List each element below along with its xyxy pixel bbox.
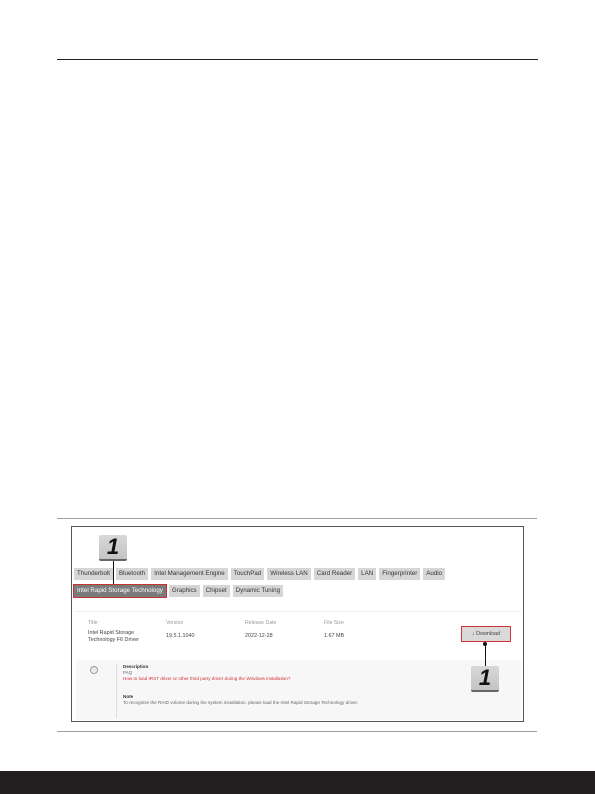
note-text: To recognize the RAID volume during the …	[123, 700, 358, 706]
tab-intel-rapid-storage-technology[interactable]: Intel Rapid Storage Technology	[74, 585, 166, 597]
version-header: Version	[166, 620, 246, 626]
file-size-header: File Size	[324, 620, 404, 626]
tab-graphics[interactable]: Graphics	[169, 585, 200, 597]
tab-touchpad[interactable]: TouchPad	[231, 568, 265, 580]
release-date-header: Release Date	[245, 620, 325, 626]
driver-title: Intel Rapid StorageTechnology F6 Driver	[88, 630, 168, 644]
category-tabs-row1: ThunderboltBluetoothIntel Management Eng…	[74, 568, 445, 580]
details-text: Description FAQ How to load IRST driver …	[123, 664, 358, 706]
tab-card-reader[interactable]: Card Reader	[314, 568, 355, 580]
driver-card: Title Intel Rapid StorageTechnology F6 D…	[76, 611, 521, 720]
header-rule	[57, 59, 538, 60]
tab-chipset[interactable]: Chipset	[203, 585, 230, 597]
callout-badge-download: 1	[471, 666, 499, 692]
tab-intel-management-engine[interactable]: Intel Management Engine	[151, 568, 228, 580]
info-icon: ⓘ	[90, 666, 98, 674]
tab-fingerprinter[interactable]: Fingerprinter	[379, 568, 420, 580]
title-header: Title	[88, 620, 168, 626]
tab-bluetooth[interactable]: Bluetooth	[116, 568, 148, 580]
figure-top-rule	[57, 518, 537, 519]
driver-download-screenshot: 1 ThunderboltBluetoothIntel Management E…	[71, 526, 524, 722]
download-button[interactable]: ↓ Download	[461, 626, 511, 642]
tab-dynamic-tuning[interactable]: Dynamic Tuning	[233, 585, 283, 597]
driver-release-date: 2022-12-28	[245, 633, 325, 640]
driver-version: 19.5.1.1040	[166, 633, 246, 640]
tab-lan[interactable]: LAN	[358, 568, 376, 580]
tab-wireless-lan[interactable]: Wireless LAN	[267, 568, 310, 580]
figure-bottom-rule	[57, 731, 537, 732]
category-tabs-row2: Intel Rapid Storage TechnologyGraphicsCh…	[74, 585, 283, 597]
callout-badge-tabs: 1	[99, 535, 127, 561]
details-panel: ⓘ Description FAQ How to load IRST drive…	[76, 660, 521, 720]
driver-file-size: 1.67 MB	[324, 633, 404, 640]
callout-line	[485, 644, 486, 666]
tab-audio[interactable]: Audio	[423, 568, 445, 580]
tab-thunderbolt[interactable]: Thunderbolt	[74, 568, 113, 580]
footer-bar	[0, 771, 595, 794]
divider	[116, 664, 117, 718]
